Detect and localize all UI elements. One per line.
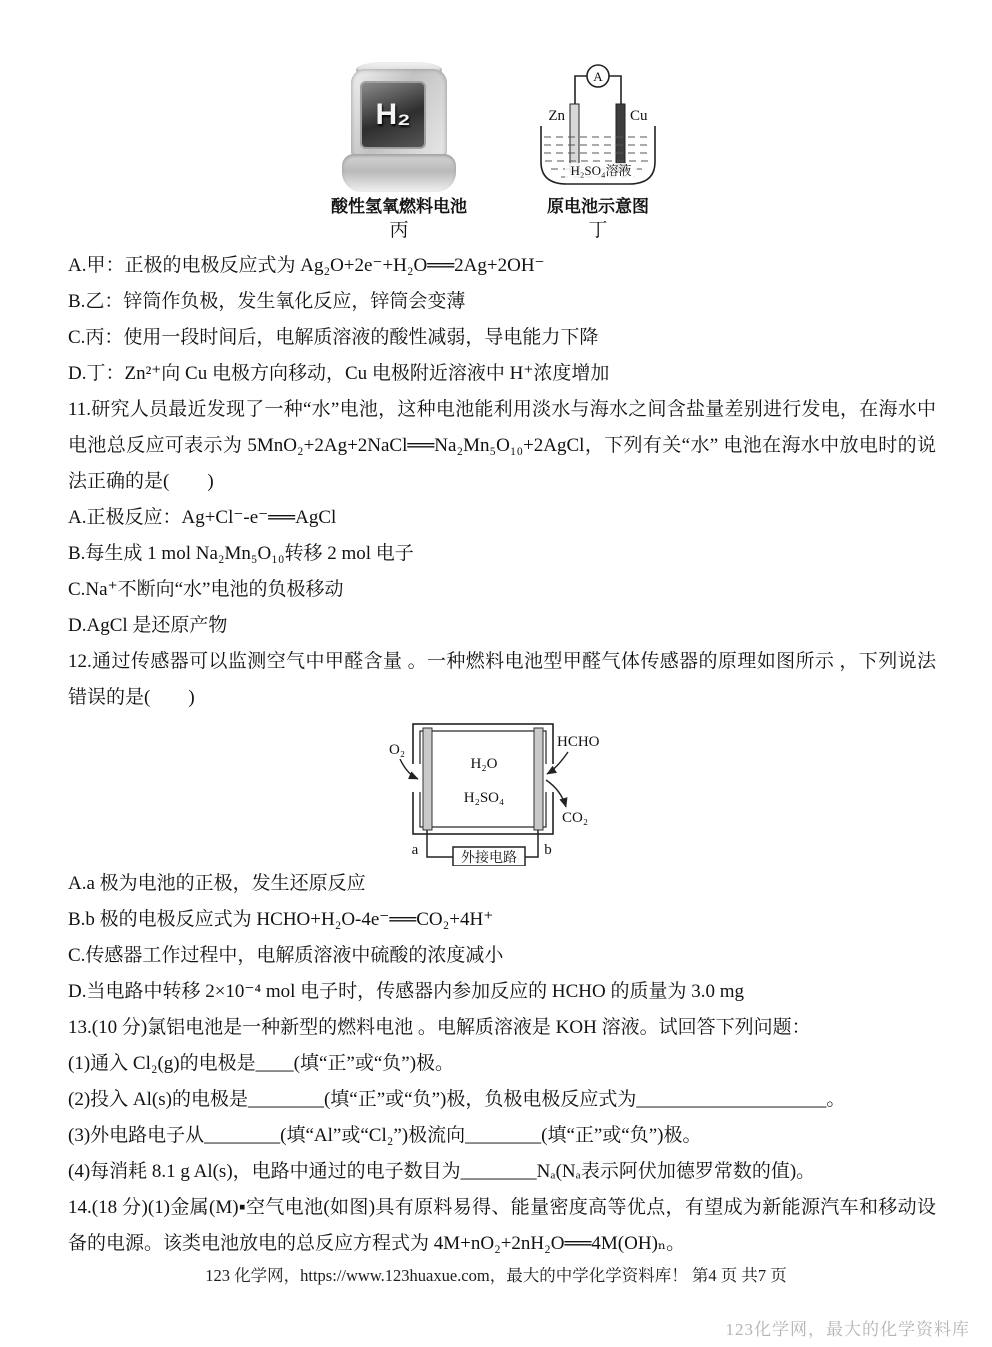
q13-stem: 13.(10 分)氯铝电池是一种新型的燃料电池 。电解质溶液是 KOH 溶液。试…	[68, 1010, 936, 1046]
primary-cell-diagram: A Zn Cu	[523, 60, 673, 192]
fuel-cell-body: H₂	[351, 69, 447, 159]
question-11: 11.研究人员最近发现了一种“水”电池，这种电池能利用淡水与海水之间含盐量差别进…	[68, 392, 936, 644]
q10-option-a: A.甲：正极的电极反应式为 Ag₂O+2e⁻+H₂O══2Ag+2OH⁻	[68, 248, 936, 284]
question-13: 13.(10 分)氯铝电池是一种新型的燃料电池 。电解质溶液是 KOH 溶液。试…	[68, 1010, 936, 1190]
fuel-cell-h2-label: H₂	[376, 98, 411, 132]
sensor-diagram-wrap: H₂O H₂SO₄ O₂ HCHO CO₂ 外接电路 a b	[387, 716, 617, 866]
q11-option-c: C.Na⁺不断向“水”电池的负极移动	[68, 572, 936, 608]
fuel-cell-tag: 丙	[389, 218, 408, 244]
q11-option-a: A.正极反应：Ag+Cl⁻-e⁻══AgCl	[68, 500, 936, 536]
q11-option-d: D.AgCl 是还原产物	[68, 608, 936, 644]
h2so4-label: H₂SO₄	[464, 790, 504, 806]
q10-option-c: C.丙：使用一段时间后，电解质溶液的酸性减弱，导电能力下降	[68, 320, 936, 356]
solution-label: H₂SO₄溶液	[570, 163, 631, 178]
question-14: 14.(18 分)(1)金属(M)▪空气电池(如图)具有原料易得、能量密度高等优…	[68, 1190, 936, 1262]
copper-label: Cu	[630, 108, 648, 124]
h2o-label: H₂O	[471, 756, 498, 772]
q12-option-b: B.b 极的电极反应式为 HCHO+H₂O-4e⁻══CO₂+4H⁺	[68, 902, 936, 938]
q13-part-3: (3)外电路电子从________(填“Al”或“Cl₂”)极流向_______…	[68, 1118, 936, 1154]
fuel-cell-base	[342, 154, 456, 192]
q12-option-d: D.当电路中转移 2×10⁻⁴ mol 电子时，传感器内参加反应的 HCHO 的…	[68, 974, 936, 1010]
wire-right	[609, 76, 621, 104]
ammeter-label: A	[593, 69, 603, 84]
sensor-diagram: H₂O H₂SO₄ O₂ HCHO CO₂ 外接电路 a b	[387, 716, 617, 866]
fuel-cell-window: H₂	[360, 81, 426, 149]
cell-outer-wall	[413, 724, 553, 834]
q11-option-b: B.每生成 1 mol Na₂Mn₅O₁₀转移 2 mol 电子	[68, 536, 936, 572]
hcho-label: HCHO	[557, 734, 600, 750]
q12-option-c: C.传感器工作过程中，电解质溶液中硫酸的浓度减小	[68, 938, 936, 974]
q11-stem: 11.研究人员最近发现了一种“水”电池，这种电池能利用淡水与海水之间含盐量差别进…	[68, 392, 936, 500]
site-watermark: 123化学网，最大的化学资料库	[726, 1315, 971, 1340]
o2-label: O₂	[389, 742, 405, 758]
primary-cell-tag: 丁	[588, 218, 607, 244]
question-10-options: A.甲：正极的电极反应式为 Ag₂O+2e⁻+H₂O══2Ag+2OH⁻ B.乙…	[68, 248, 936, 392]
q12-option-a: A.a 极为电池的正极，发生还原反应	[68, 866, 936, 902]
page-footer: 123 化学网，https://www.123huaxue.com，最大的中学化…	[0, 1262, 992, 1286]
figures-row: H₂ 酸性氢氧燃料电池 丙 A	[68, 60, 936, 244]
electrode-a	[423, 728, 432, 830]
circuit-box-label: 外接电路	[461, 849, 517, 866]
exam-page: H₂ 酸性氢氧燃料电池 丙 A	[0, 0, 992, 1347]
page-content: H₂ 酸性氢氧燃料电池 丙 A	[68, 0, 936, 1262]
cell-inner-wall	[420, 731, 546, 827]
fuel-cell-photo: H₂	[342, 60, 456, 192]
fuel-cell-caption: 酸性氢氧燃料电池	[331, 196, 467, 218]
wire-left	[575, 76, 587, 104]
primary-cell-caption: 原电池示意图	[547, 196, 649, 218]
q13-part-4: (4)每消耗 8.1 g Al(s)，电路中通过的电子数目为________Nₐ…	[68, 1154, 936, 1190]
question-12: 12.通过传感器可以监测空气中甲醛含量 。一种燃料电池型甲醛气体传感器的原理如图…	[68, 644, 936, 1010]
q13-part-1: (1)通入 Cl₂(g)的电极是____(填“正”或“负”)极。	[68, 1046, 936, 1082]
co2-label: CO₂	[562, 810, 588, 826]
terminal-b-label: b	[544, 842, 552, 858]
terminal-a-label: a	[412, 842, 419, 858]
figure-fuel-cell: H₂ 酸性氢氧燃料电池 丙	[331, 60, 467, 244]
q10-option-b: B.乙：锌筒作负极，发生氧化反应，锌筒会变薄	[68, 284, 936, 320]
zinc-electrode	[570, 104, 579, 172]
q13-part-2: (2)投入 Al(s)的电极是________(填“正”或“负”)极，负极电极反…	[68, 1082, 936, 1118]
figure-primary-cell: A Zn Cu	[523, 60, 673, 244]
electrode-b	[534, 728, 543, 830]
zinc-label: Zn	[548, 108, 565, 124]
q14-stem: 14.(18 分)(1)金属(M)▪空气电池(如图)具有原料易得、能量密度高等优…	[68, 1190, 936, 1262]
q10-option-d: D.丁：Zn²⁺向 Cu 电极方向移动，Cu 电极附近溶液中 H⁺浓度增加	[68, 356, 936, 392]
copper-electrode	[616, 104, 625, 172]
q12-stem: 12.通过传感器可以监测空气中甲醛含量 。一种燃料电池型甲醛气体传感器的原理如图…	[68, 644, 936, 716]
